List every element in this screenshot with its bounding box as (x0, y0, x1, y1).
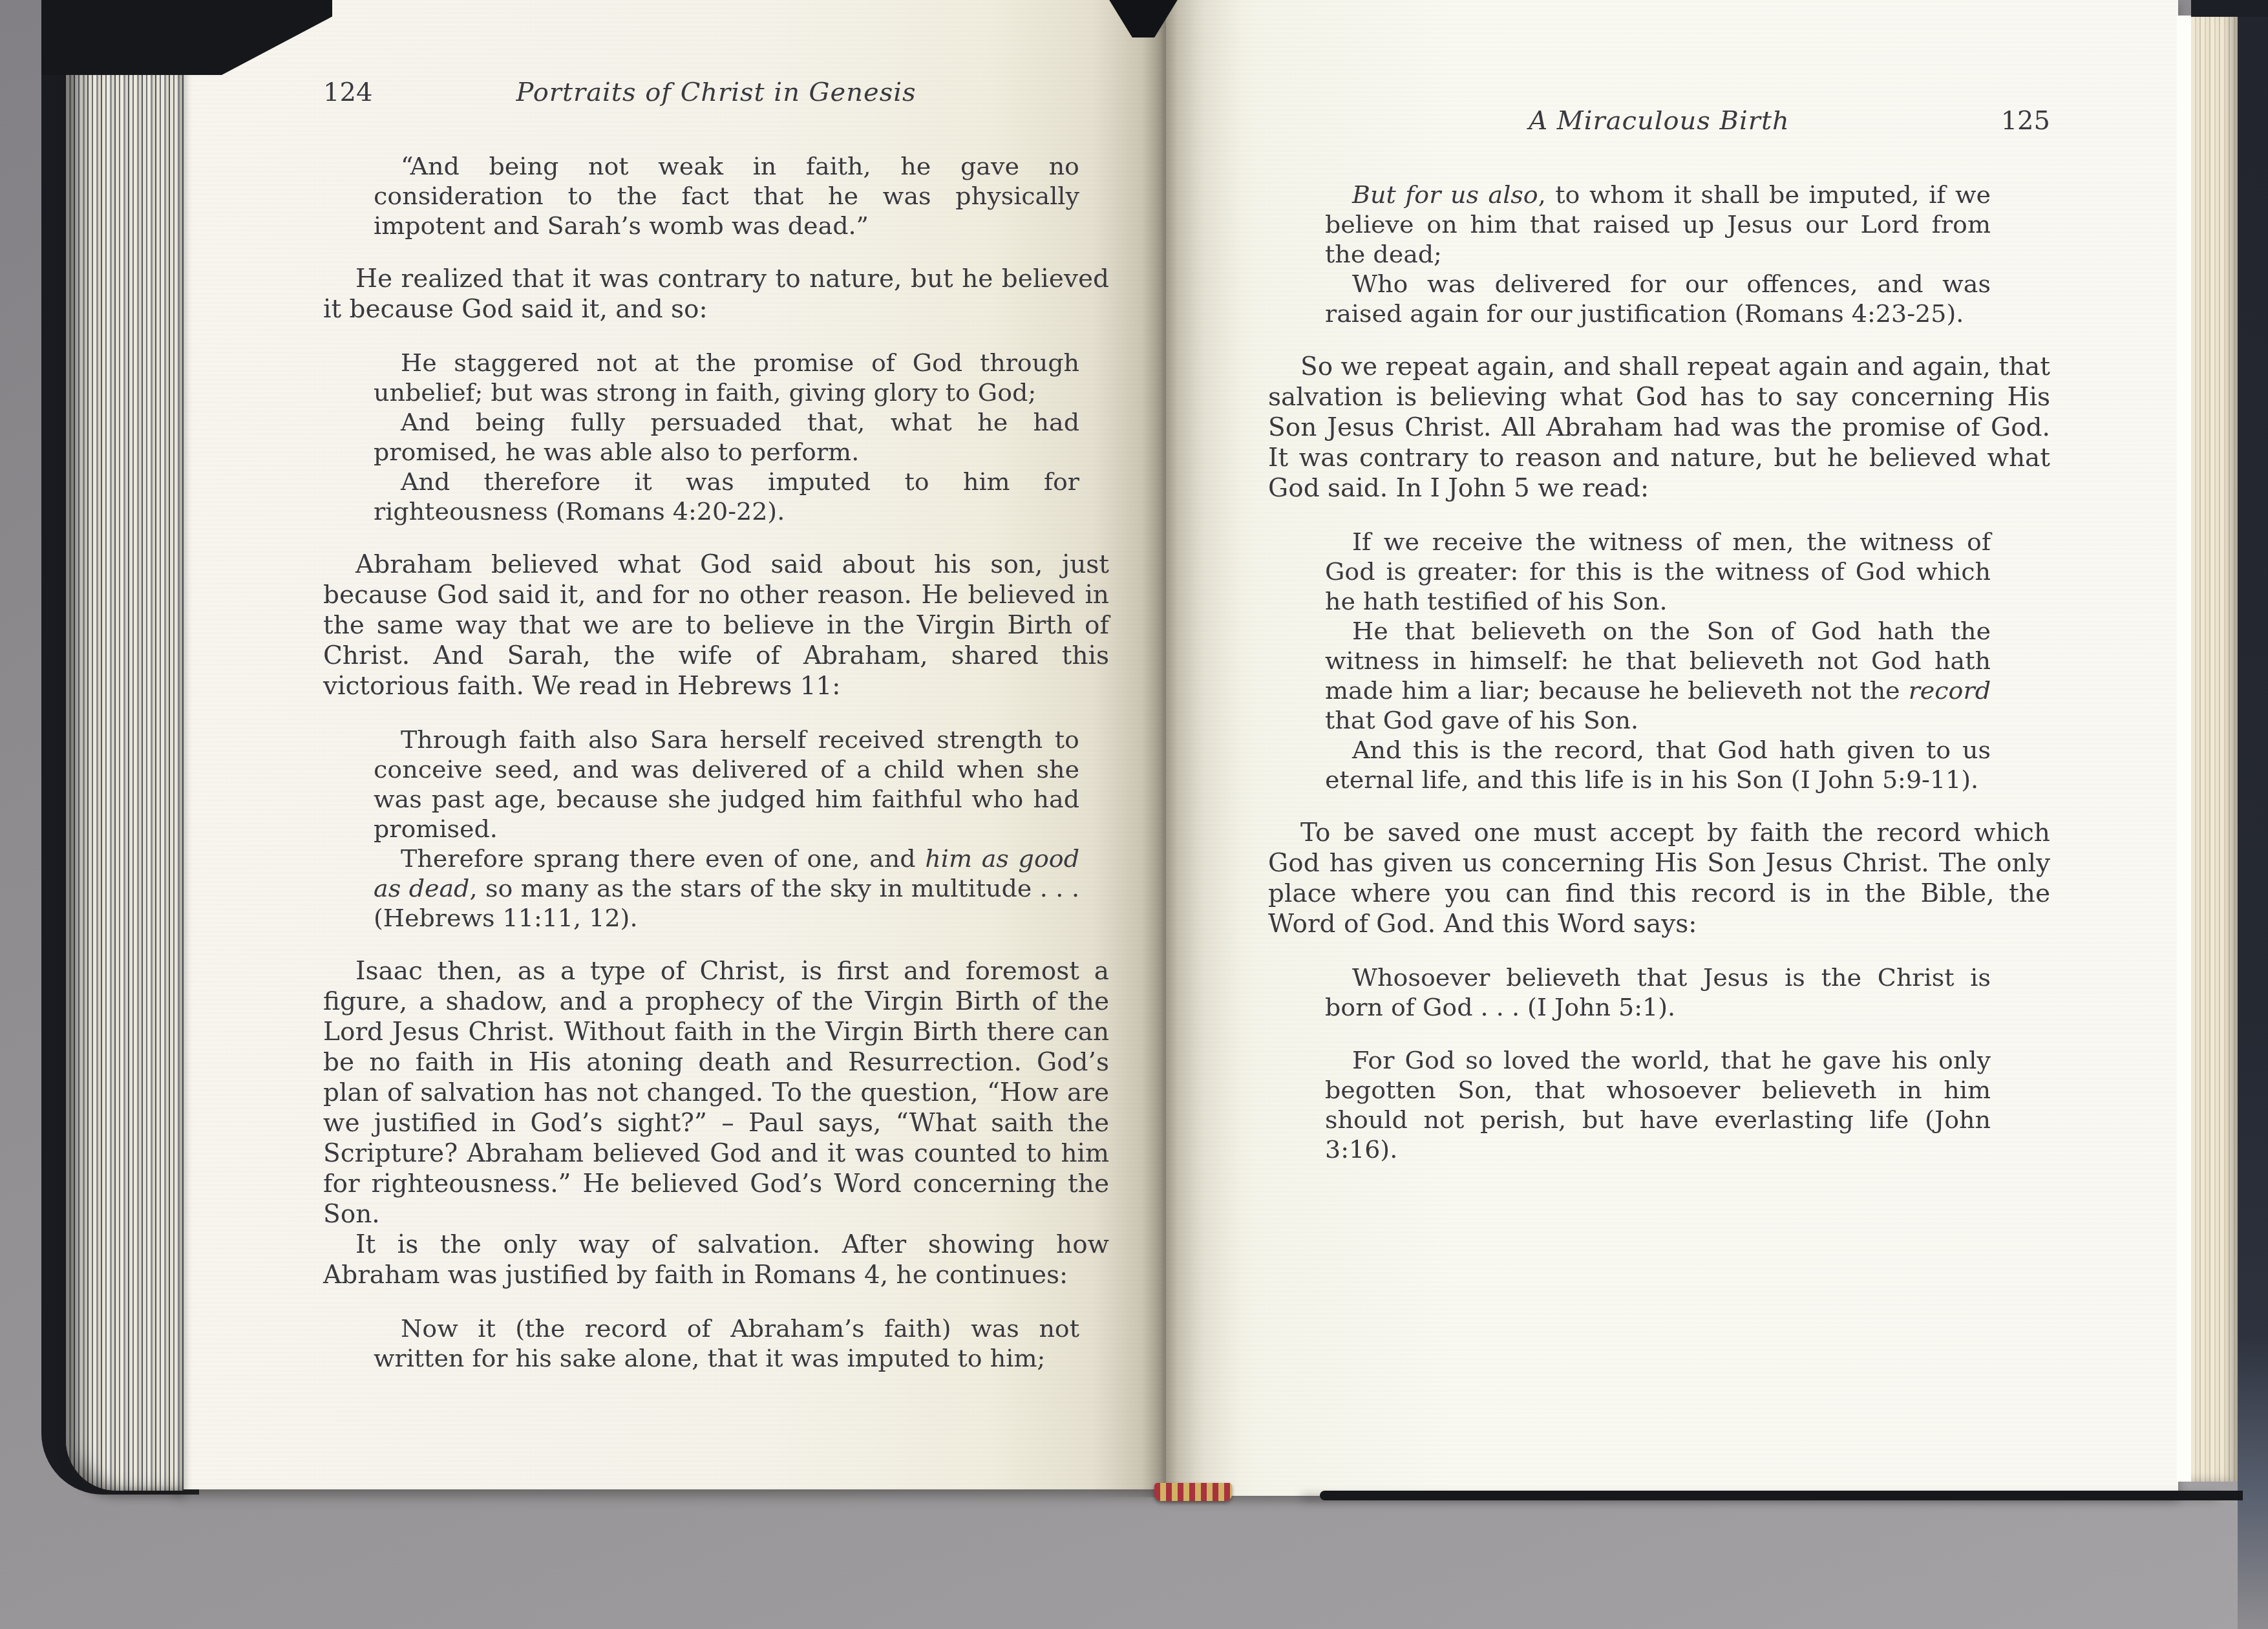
quote-paragraph: And this is the record, that God hath gi… (1325, 735, 1991, 794)
text-run: He that believeth on the Son of God hath… (1325, 617, 1991, 705)
italic-text-run: record (1909, 676, 1991, 705)
quote-paragraph: Who was delivered for our offences, and … (1325, 269, 1991, 328)
text-run: He realized that it was contrary to natu… (323, 264, 1109, 324)
text-run: Abraham believed what God said about his… (323, 550, 1109, 701)
quote-paragraph: He staggered not at the promise of God t… (374, 348, 1079, 407)
page-edge-highlight-right (2177, 16, 2191, 1482)
page-number: 125 (2001, 105, 2050, 137)
page-left: 124 Portraits of Christ in Genesis “And … (176, 0, 1166, 1489)
text-run: Through faith also Sara herself received… (374, 725, 1079, 843)
text-run: Whosoever believeth that Jesus is the Ch… (1325, 963, 1991, 1021)
quote-paragraph: Therefore sprang there even of one, and … (374, 844, 1079, 933)
text-run: And this is the record, that God hath gi… (1325, 736, 1991, 794)
block-quote: Through faith also Sara herself received… (374, 725, 1079, 933)
quote-paragraph: He that believeth on the Son of God hath… (1325, 616, 1991, 735)
quote-paragraph: And being fully persuaded that, what he … (374, 407, 1079, 467)
quote-paragraph: “And being not weak in faith, he gave no… (374, 151, 1079, 240)
book-cover-bottom-edge (1320, 1491, 2243, 1500)
running-header-left: 124 Portraits of Christ in Genesis (323, 76, 1109, 109)
quote-paragraph: For God so loved the world, that he gave… (1325, 1045, 1991, 1164)
paragraph: Isaac then, as a type of Christ, is firs… (323, 956, 1109, 1230)
block-quote: If we receive the witness of men, the wi… (1325, 527, 1991, 794)
running-header-right: A Miraculous Birth 125 (1268, 105, 2050, 137)
page-number: 124 (323, 76, 372, 109)
text-run: He staggered not at the promise of God t… (374, 348, 1079, 407)
paragraph: It is the only way of salvation. After s… (323, 1230, 1109, 1290)
text-run: Now it (the record of Abraham’s faith) w… (374, 1314, 1079, 1372)
block-quote: Whosoever believeth that Jesus is the Ch… (1325, 963, 1991, 1022)
block-quote: For God so loved the world, that he gave… (1325, 1045, 1991, 1164)
text-run: It is the only way of salvation. After s… (323, 1230, 1109, 1290)
quote-paragraph: Through faith also Sara herself received… (374, 725, 1079, 844)
running-title: A Miraculous Birth (1268, 105, 2050, 137)
paragraph: He realized that it was contrary to natu… (323, 264, 1109, 325)
text-run: Isaac then, as a type of Christ, is firs… (323, 957, 1109, 1229)
paragraph: So we repeat again, and shall repeat aga… (1268, 352, 2050, 504)
page-right: A Miraculous Birth 125 But for us also, … (1166, 0, 2178, 1496)
quote-paragraph: Now it (the record of Abraham’s faith) w… (374, 1314, 1079, 1373)
paragraph: Abraham believed what God said about his… (323, 549, 1109, 701)
page-edge-stack-right (2191, 9, 2239, 1482)
quote-paragraph: If we receive the witness of men, the wi… (1325, 527, 1991, 616)
quote-paragraph: And therefore it was imputed to him for … (374, 467, 1079, 526)
page-right-text: But for us also, to whom it shall be imp… (1268, 180, 2050, 1164)
text-run: that God gave of his Son. (1325, 706, 1638, 734)
book-cover-right-edge (2238, 0, 2268, 1629)
text-run: So we repeat again, and shall repeat aga… (1268, 352, 2050, 503)
running-title: Portraits of Christ in Genesis (323, 76, 1109, 109)
text-run: , so many as the stars of the sky in mul… (374, 874, 1079, 932)
text-run: To be saved one must accept by faith the… (1268, 818, 2050, 939)
text-run: For God so loved the world, that he gave… (1325, 1046, 1991, 1164)
text-run: And therefore it was imputed to him for … (374, 467, 1079, 526)
quote-paragraph: But for us also, to whom it shall be imp… (1325, 180, 1991, 269)
block-quote: He staggered not at the promise of God t… (374, 348, 1079, 526)
block-quote: But for us also, to whom it shall be imp… (1325, 180, 1991, 328)
block-quote: Now it (the record of Abraham’s faith) w… (374, 1314, 1079, 1373)
page-left-text: “And being not weak in faith, he gave no… (323, 151, 1109, 1373)
quote-paragraph: Whosoever believeth that Jesus is the Ch… (1325, 963, 1991, 1022)
text-run: If we receive the witness of men, the wi… (1325, 527, 1991, 615)
paragraph: To be saved one must accept by faith the… (1268, 818, 2050, 939)
text-run: Therefore sprang there even of one, and (401, 844, 925, 873)
page-edge-stack-left (66, 61, 184, 1491)
text-run: And being fully persuaded that, what he … (374, 408, 1079, 466)
book-scan: { "book": { "left_page": { "page_number"… (0, 0, 2268, 1629)
book-cover-top-right-sliver (2191, 0, 2268, 17)
italic-text-run: But for us also (1352, 180, 1538, 209)
spine-headband (1154, 1483, 1232, 1501)
text-run: “And being not weak in faith, he gave no… (374, 152, 1079, 240)
text-run: Who was delivered for our offences, and … (1325, 270, 1991, 328)
block-quote: “And being not weak in faith, he gave no… (374, 151, 1079, 240)
